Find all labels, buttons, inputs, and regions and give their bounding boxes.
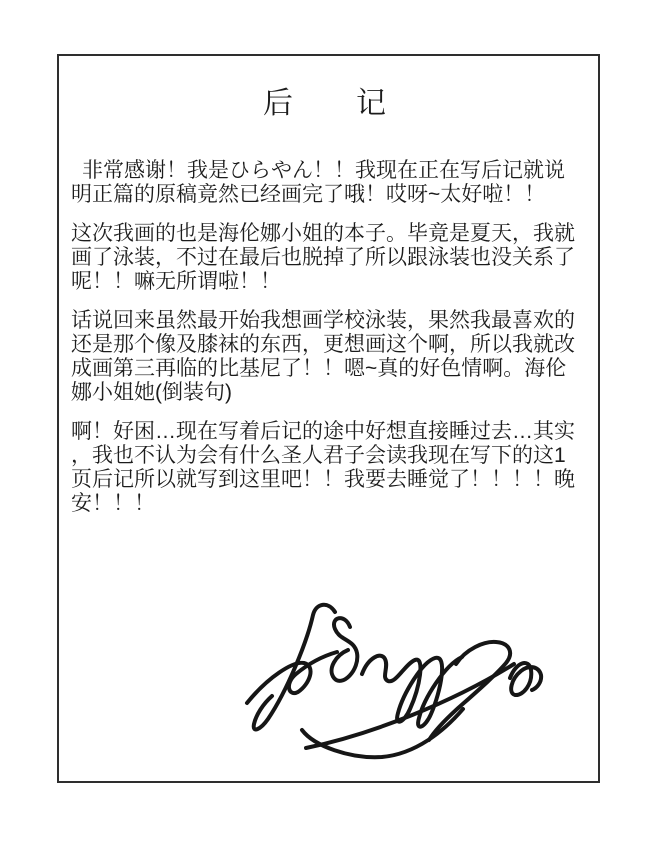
signature-stroke-waves xyxy=(362,656,415,682)
signature-stroke-eloop xyxy=(510,663,541,695)
author-signature-image xyxy=(238,598,560,770)
signature-stroke-crossbar xyxy=(247,652,337,703)
signature-stroke-circle xyxy=(332,618,358,681)
page-title: 后 记 xyxy=(70,78,580,122)
afterword-text-block: 非常感谢！我是ひらやん！！我现在正在写后记就说明正篇的原稿竟然已经画完了哦！哎呀… xyxy=(71,159,585,531)
paragraph-swimsuit-choice: 话说回来虽然最开始我想画学校泳装，果然我最喜欢的还是那个像及膝袜的东西，更想画这… xyxy=(71,309,585,405)
paragraph-goodnight: 啊！好困…现在写着后记的途中好想直接睡过去…其实，我也不认为会有什么圣人君子会读… xyxy=(71,420,585,516)
afterword-page: 后 记 非常感谢！我是ひらやん！！我现在正在写后记就说明正篇的原稿竟然已经画完了… xyxy=(0,0,650,850)
paragraph-greeting: 非常感谢！我是ひらやん！！我现在正在写后记就说明正篇的原稿竟然已经画完了哦！哎呀… xyxy=(71,159,585,207)
signature-stroke-stem xyxy=(254,605,335,730)
paragraph-book-subject: 这次我画的也是海伦娜小姐的本子。毕竟是夏天，我就画了泳装，不过在最后也脱掉了所以… xyxy=(71,222,585,294)
signature-stroke-swash xyxy=(302,709,463,757)
